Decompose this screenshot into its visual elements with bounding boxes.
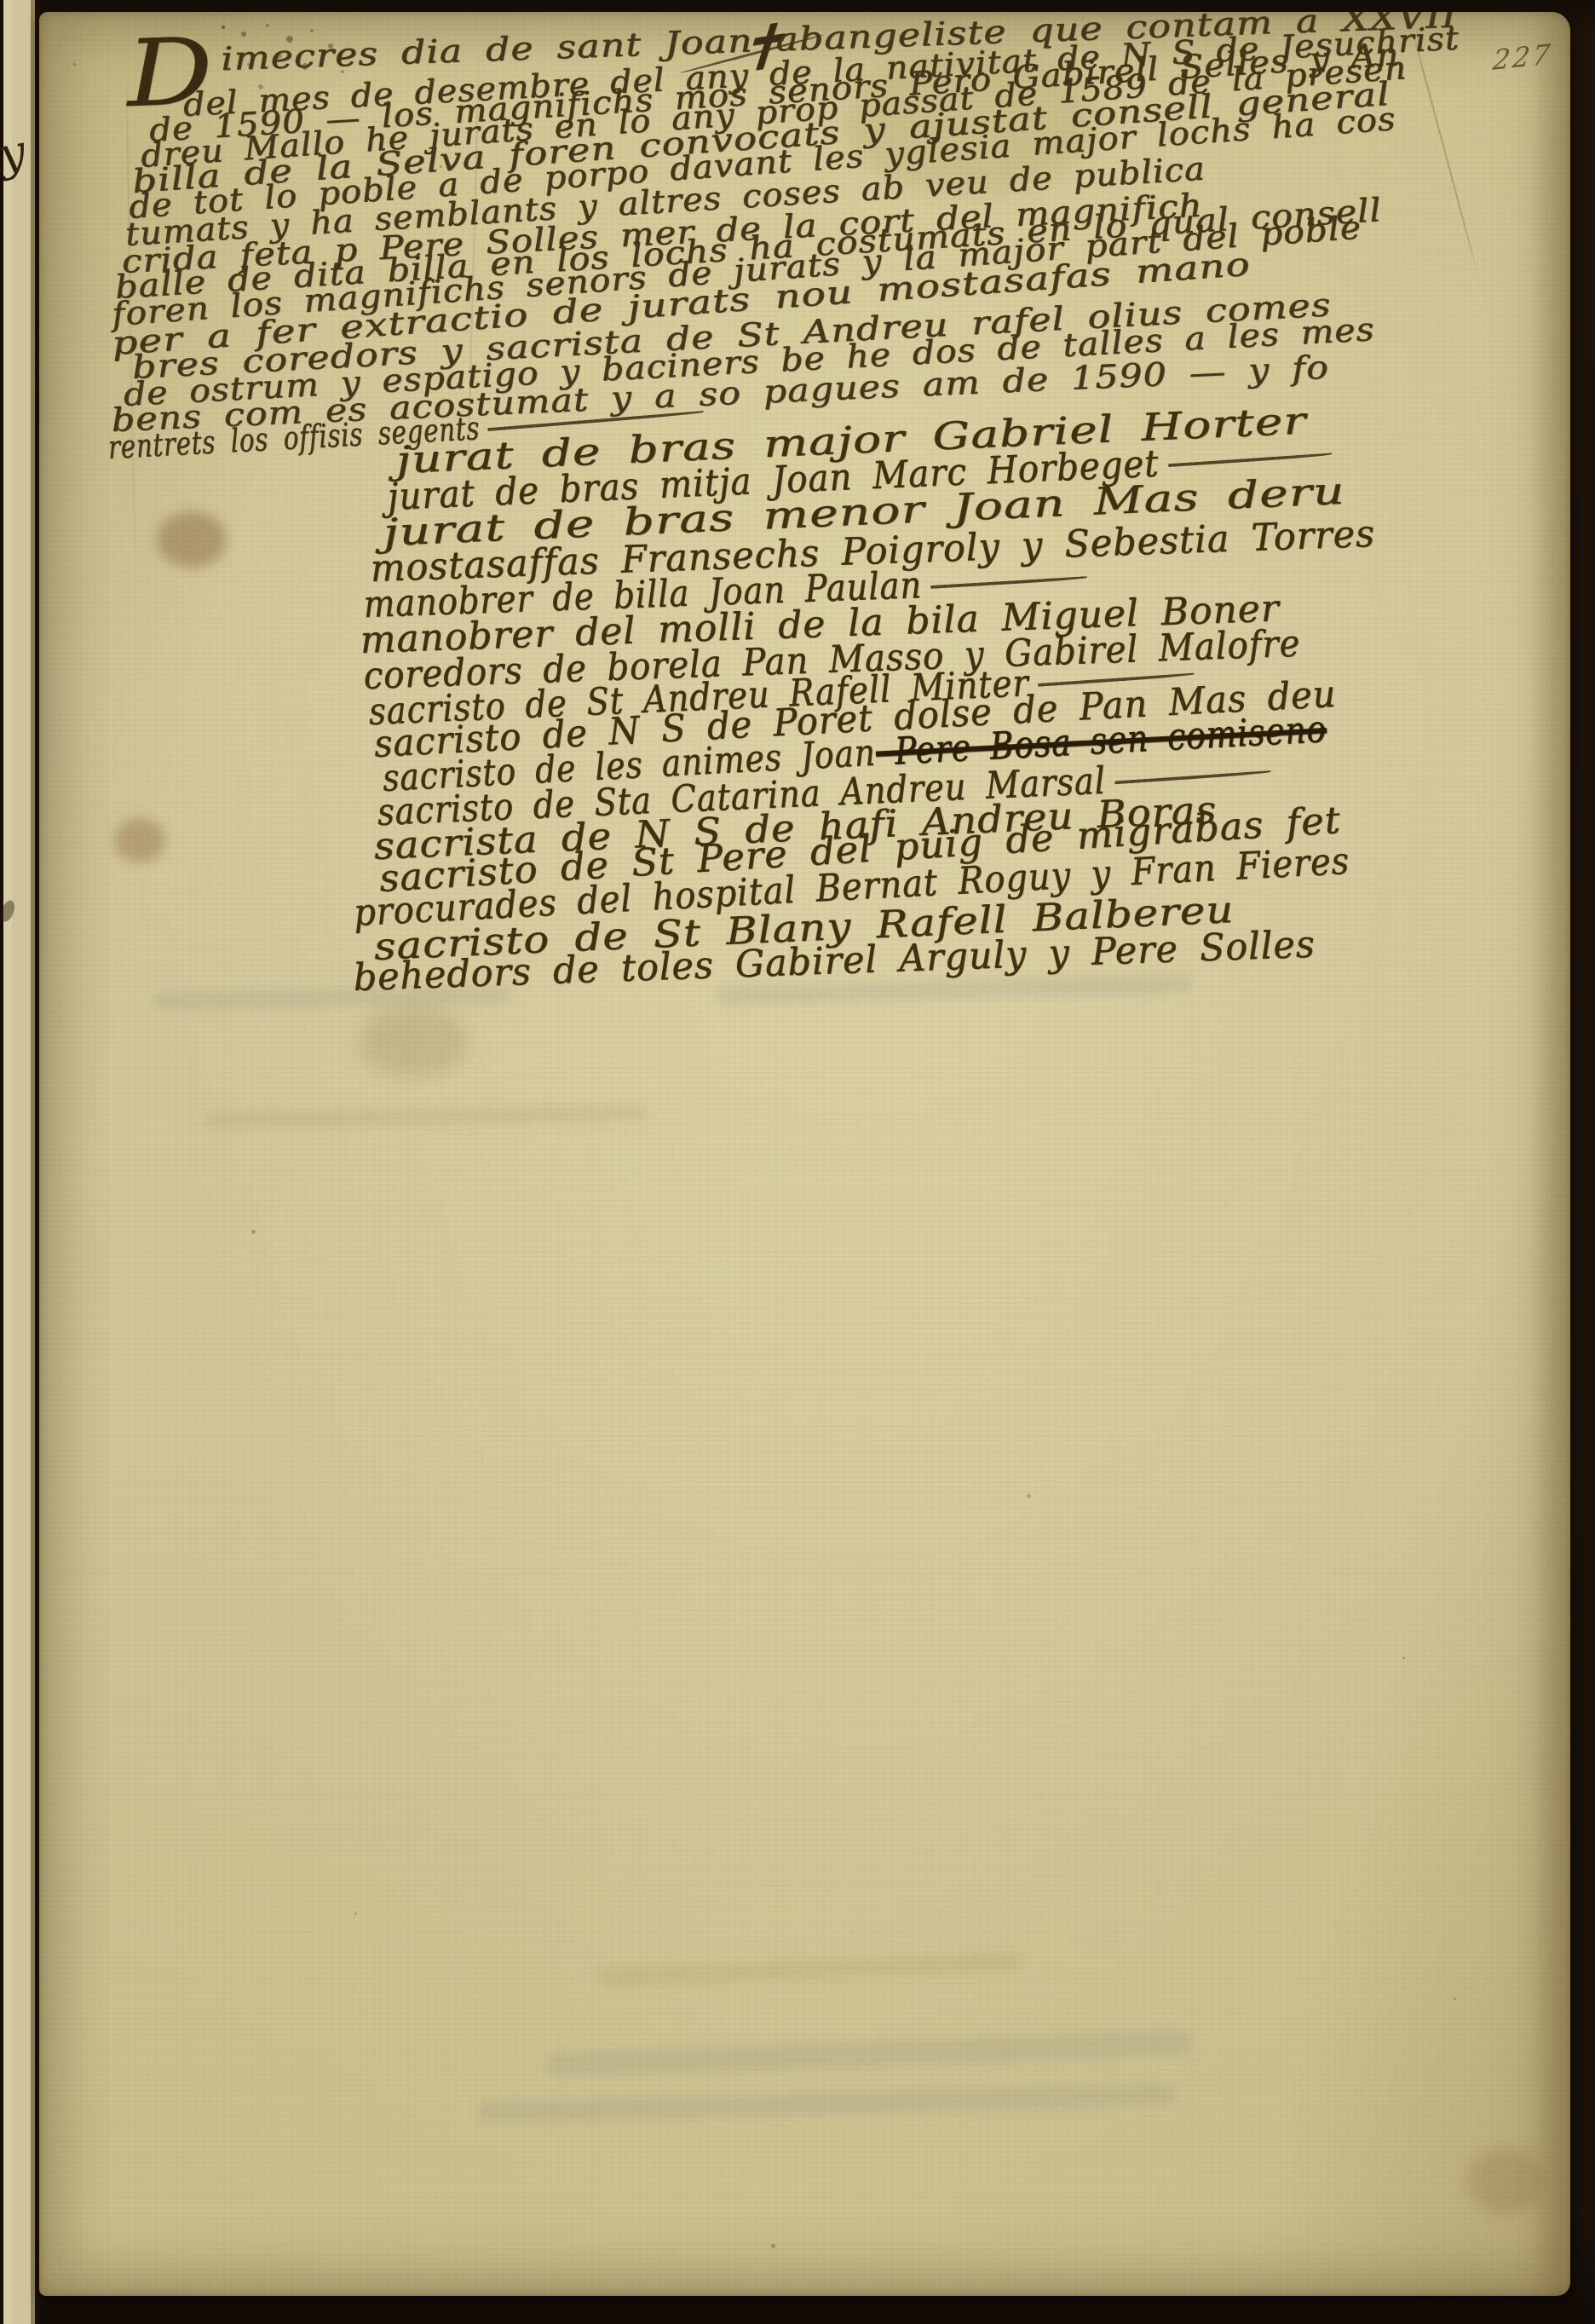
manuscript-page: ✝ 227 Dimecres dia de sant Joan abangeli… — [39, 12, 1570, 2296]
underline-flourish — [1114, 770, 1270, 784]
underline-flourish — [1168, 453, 1332, 467]
prev-page-ink-fragment: ly — [0, 125, 27, 185]
underline-flourish — [930, 576, 1087, 589]
manuscript-photo: ly ✝ 227 Dimecres dia de sant Joan abang… — [0, 0, 1595, 2324]
officials-list-block: jurat de bras major Gabriel Horterjurat … — [39, 12, 1570, 2296]
previous-page-edge: ly — [0, 0, 39, 2324]
prev-page-ink-dot — [0, 898, 17, 923]
